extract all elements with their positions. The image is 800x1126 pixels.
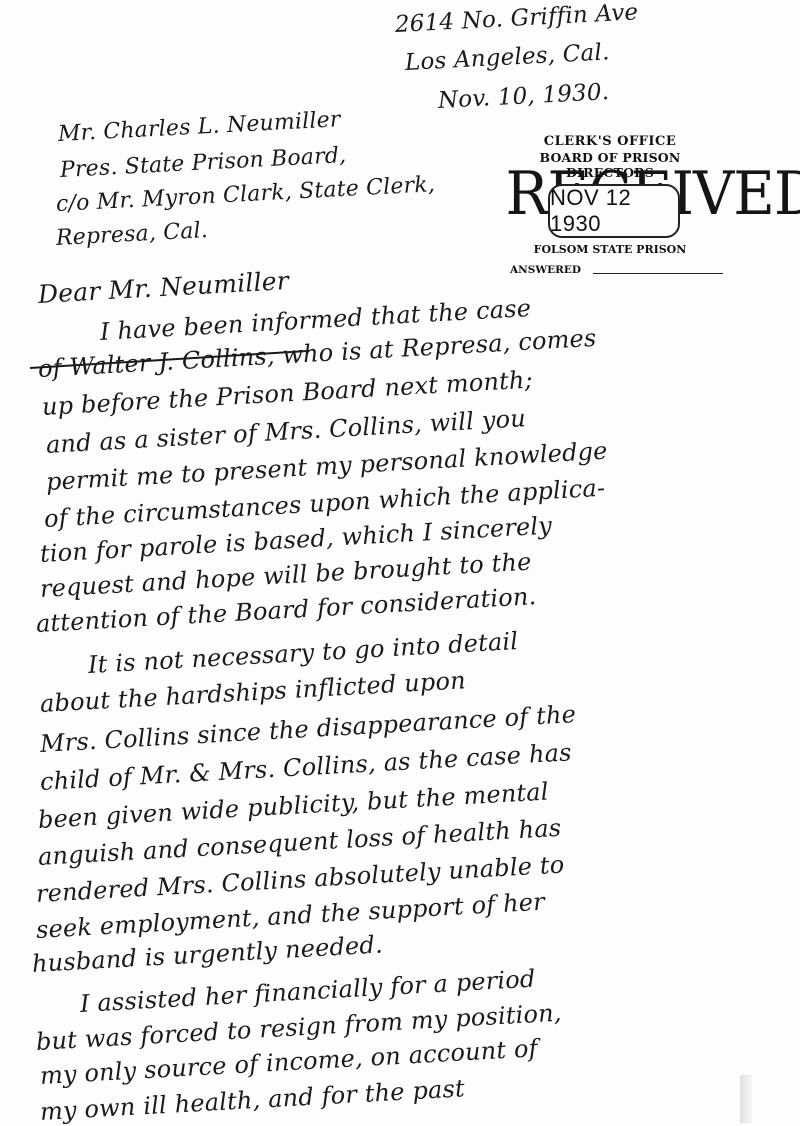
recipient-location: Represa, Cal. bbox=[55, 218, 208, 251]
stamp-date: NOV 12 1930 bbox=[548, 184, 680, 238]
recipient-title: Pres. State Prison Board, bbox=[59, 143, 347, 183]
salutation: Dear Mr. Neumiller bbox=[37, 266, 289, 309]
received-stamp: CLERK'S OFFICE BOARD OF PRISON DIRECTORS… bbox=[500, 132, 720, 277]
scan-smudge bbox=[740, 1075, 752, 1123]
stamp-answered-label: ANSWERED bbox=[510, 264, 581, 276]
answered-signature-line bbox=[593, 273, 723, 274]
stamp-prison-name: FOLSOM STATE PRISON bbox=[500, 243, 720, 256]
sender-address-city: Los Angeles, Cal. bbox=[404, 39, 610, 76]
stamp-clerks-office: CLERK'S OFFICE bbox=[500, 134, 720, 149]
letter-date: Nov. 10, 1930. bbox=[437, 79, 610, 114]
recipient-name: Mr. Charles L. Neumiller bbox=[57, 107, 341, 147]
sender-address-street: 2614 No. Griffin Ave bbox=[394, 0, 639, 38]
letter-page: 2614 No. Griffin Ave Los Angeles, Cal. N… bbox=[0, 0, 800, 1126]
